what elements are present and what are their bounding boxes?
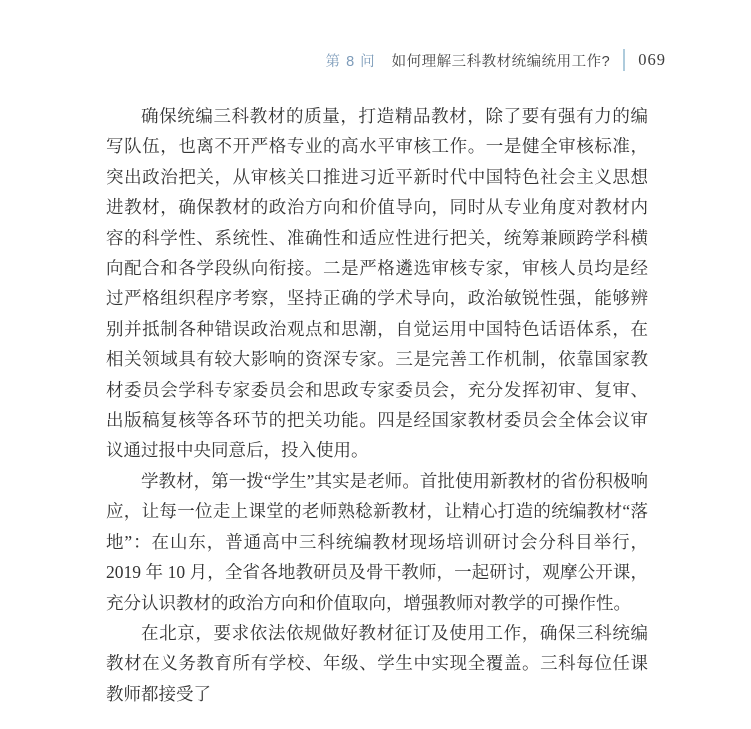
page-header: 第 8 问 如何理解三科教材统编统用工作? 069 [0,48,666,72]
question-number-label: 第 8 问 [326,50,376,71]
chapter-title: 如何理解三科教材统编统用工作? [392,50,611,71]
body-paragraph: 在北京，要求依法依规做好教材征订及使用工作，确保三科统编教材在义务教育所有学校、… [106,618,648,709]
body-paragraph: 确保统编三科教材的质量，打造精品教材，除了要有强有力的编写队伍，也离不开严格专业… [106,101,648,466]
page-number: 069 [638,50,666,70]
header-divider [623,49,625,71]
body-paragraph: 学教材，第一拨“学生”其实是老师。首批使用新教材的省份积极响应，让每一位走上课堂… [106,466,648,618]
body-text: 确保统编三科教材的质量，打造精品教材，除了要有强有力的编写队伍，也离不开严格专业… [106,101,648,709]
book-page: 第 8 问 如何理解三科教材统编统用工作? 069 确保统编三科教材的质量，打造… [0,0,751,729]
